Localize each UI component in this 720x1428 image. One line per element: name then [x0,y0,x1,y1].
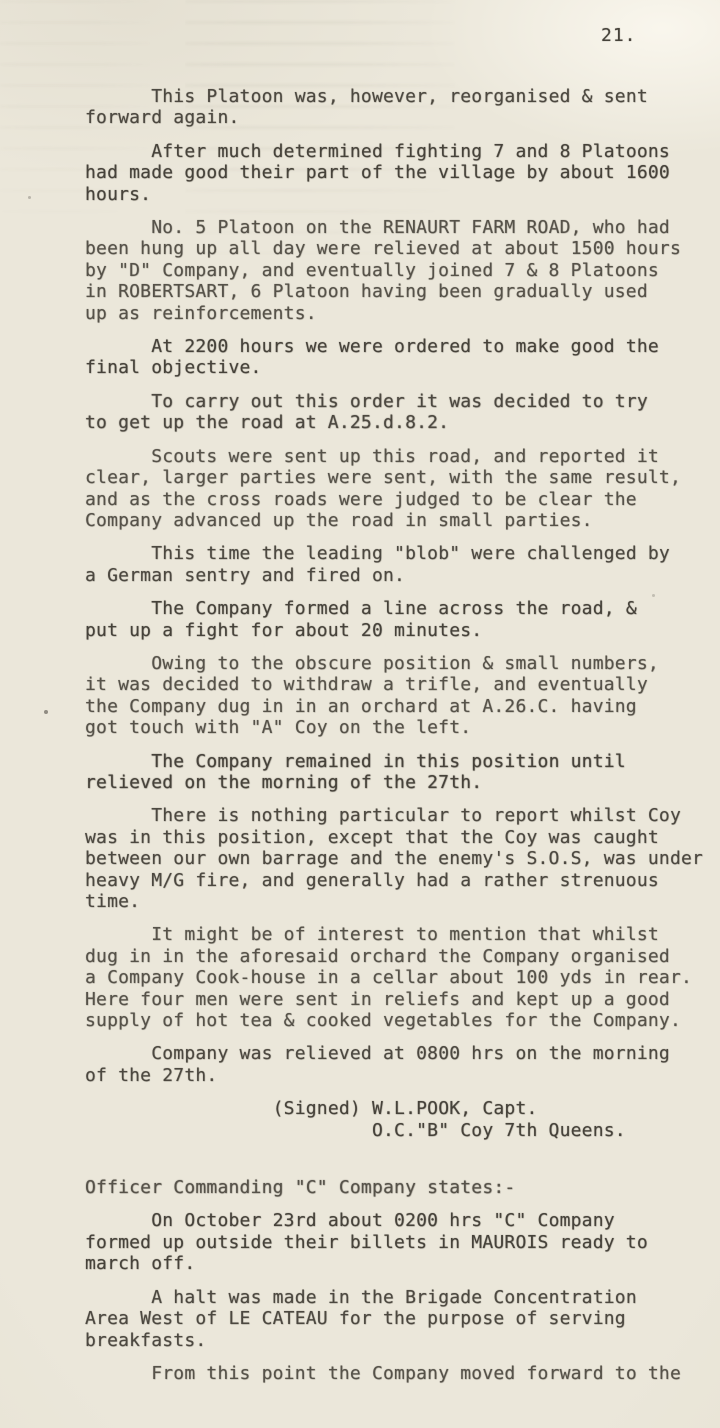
ink-speck [28,196,31,199]
ink-speck [44,710,48,714]
paragraph: The Company remained in this position un… [85,751,716,794]
scanned-report-page: 21. This Platoon was, however, reorganis… [0,0,720,1428]
paragraph: A halt was made in the Brigade Concentra… [85,1287,716,1351]
paragraph: This Platoon was, however, reorganised &… [85,86,716,129]
paragraph: No. 5 Platoon on the RENAURT FARM ROAD, … [85,217,716,324]
report-body: This Platoon was, however, reorganised &… [85,86,716,1384]
signature-block: (Signed) W.L.POOK, Capt. O.C."B" Coy 7th… [85,1098,716,1141]
paragraph: The Company formed a line across the roa… [85,598,716,641]
paragraph: It might be of interest to mention that … [85,924,716,1031]
paragraph: To carry out this order it was decided t… [85,391,716,434]
paragraph: Scouts were sent up this road, and repor… [85,446,716,532]
paragraph: After much determined fighting 7 and 8 P… [85,141,716,205]
paragraph: On October 23rd about 0200 hrs "C" Compa… [85,1210,716,1274]
paragraph: This time the leading "blob" were challe… [85,543,716,586]
section-heading: Officer Commanding "C" Company states:- [85,1177,716,1198]
paragraph: At 2200 hours we were ordered to make go… [85,336,716,379]
paragraph: There is nothing particular to report wh… [85,805,716,912]
paragraph: Company was relieved at 0800 hrs on the … [85,1043,716,1086]
page-number: 21. [601,25,637,46]
paragraph: From this point the Company moved forwar… [85,1363,716,1384]
paragraph: Owing to the obscure position & small nu… [85,653,716,739]
